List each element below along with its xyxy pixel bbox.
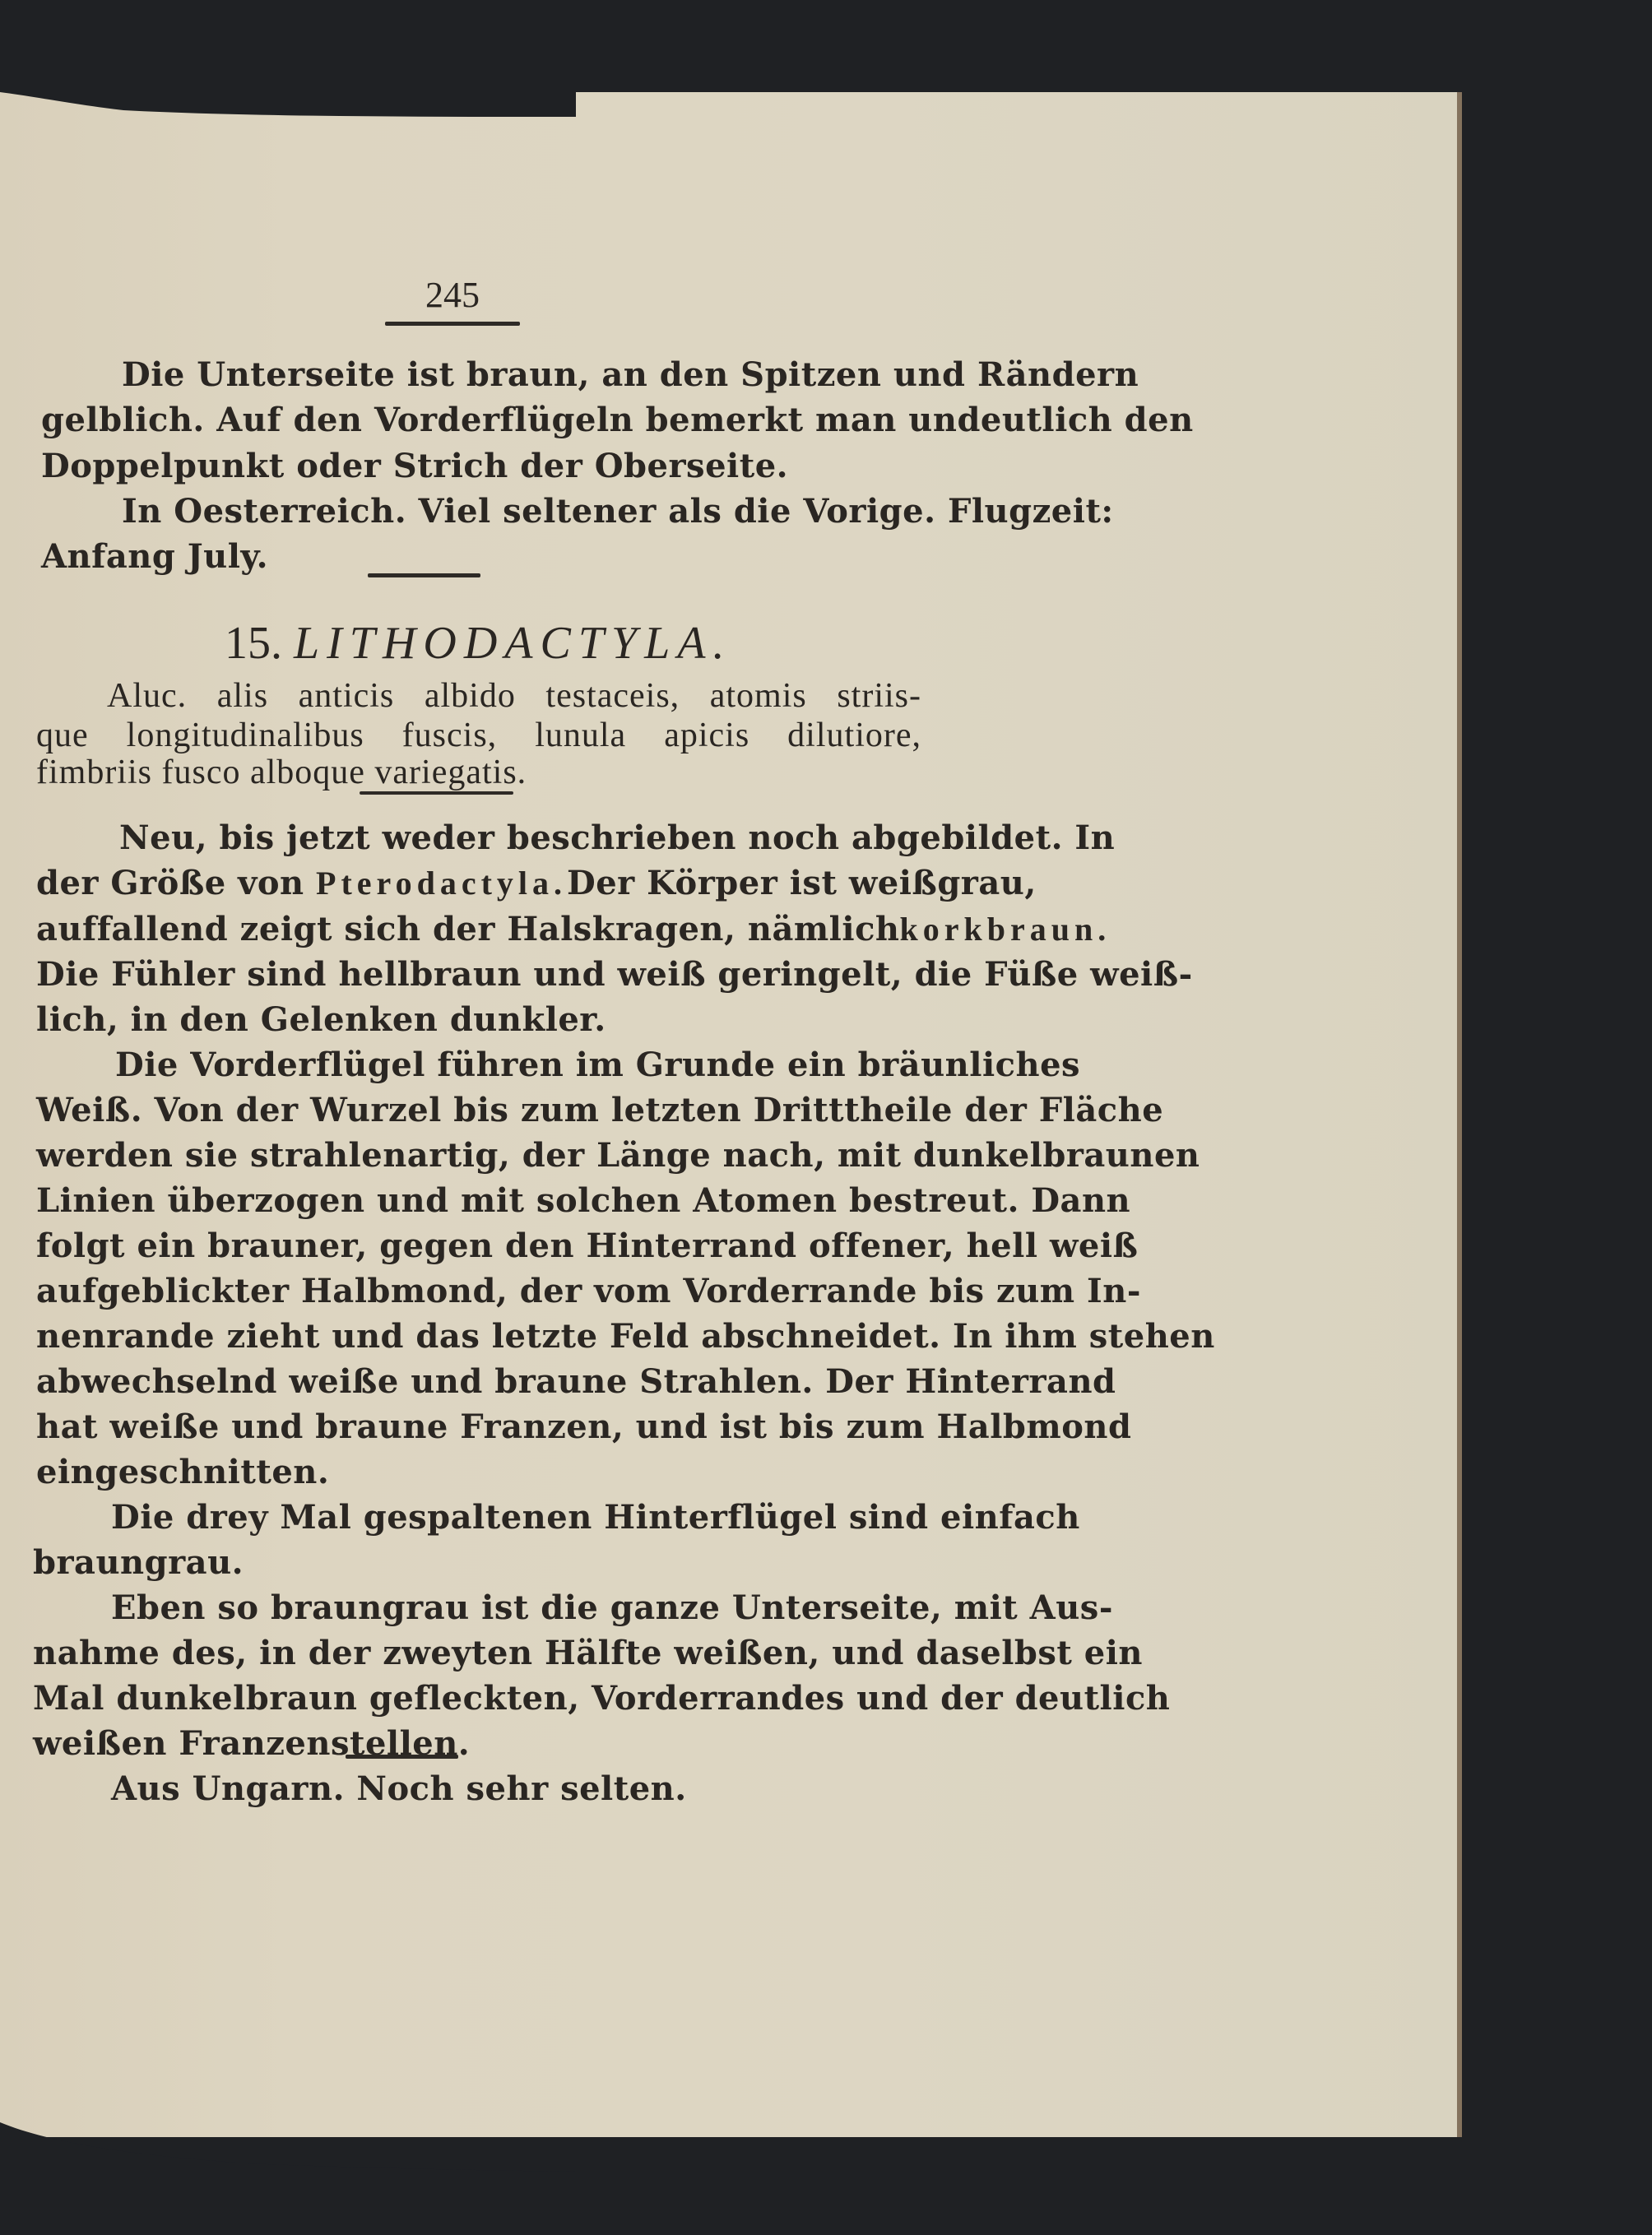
text-line: abwechselnd weiße und braune Strahlen. D…	[36, 1362, 917, 1401]
page-edge	[1457, 92, 1462, 2137]
text-line: gelblich. Auf den Vorderflügeln bemerkt …	[41, 401, 921, 439]
text-line: Weiß. Von der Wurzel bis zum letzten Dri…	[36, 1091, 917, 1129]
text-line: eingeschnitten.	[36, 1453, 329, 1491]
text-line: aufgeblickter Halbmond, der vom Vorderra…	[36, 1272, 917, 1310]
text-line: Doppelpunkt oder Strich der Oberseite.	[41, 447, 788, 485]
text-line: werden sie strahlenartig, der Länge nach…	[36, 1136, 917, 1175]
species-heading: 15. LITHODACTYLA.	[225, 617, 731, 670]
text-line: Die drey Mal gespaltenen Hinterflügel si…	[111, 1498, 917, 1537]
text-line: nenrande zieht und das letzte Feld absch…	[36, 1317, 917, 1356]
text-fragment: auffallend zeigt sich der Halskragen, nä…	[36, 910, 900, 948]
text-line: nahme des, in der zweyten Hälfte weißen,…	[33, 1634, 917, 1672]
section-rule	[360, 791, 513, 795]
text-line: der Größe von Pterodactyla. Der Körper i…	[36, 864, 917, 902]
species-reference: Pterodactyla.	[316, 865, 567, 902]
species-number: 15.	[225, 618, 282, 669]
text-block: 245 Die Unterseite ist braun, an den Spi…	[0, 0, 1457, 2235]
text-line: Mal dunkelbraun gefleckten, Vorderrandes…	[33, 1679, 917, 1718]
diagnosis-line: fimbriis fusco alboque variegatis.	[36, 753, 527, 792]
species-name: LITHODACTYLA.	[294, 618, 731, 669]
header-rule	[385, 322, 520, 326]
text-line: Die Fühler sind hellbraun und weiß gerin…	[36, 955, 917, 994]
text-line: folgt ein brauner, gegen den Hinterrand …	[36, 1226, 917, 1265]
text-line: braungrau.	[33, 1543, 244, 1582]
text-line: Anfang July.	[41, 537, 268, 576]
emphasized-word: korkbraun.	[900, 910, 1111, 948]
text-fragment: Der Körper ist weißgrau,	[567, 864, 1037, 902]
diagnosis-line: Aluc. alis anticis albido testaceis, ato…	[107, 676, 921, 716]
text-line: Die Vorderflügel führen im Grunde ein br…	[115, 1046, 917, 1084]
text-span: der Größe von	[36, 864, 304, 902]
page-number: 245	[420, 274, 485, 316]
final-rule	[346, 1755, 458, 1759]
text-line: hat weiße und braune Franzen, und ist bi…	[36, 1407, 917, 1446]
text-fragment: der Größe von Pterodactyla.	[36, 864, 567, 902]
text-line: Die Unterseite ist braun, an den Spitzen…	[122, 355, 921, 394]
text-line: In Oesterreich. Viel seltener als die Vo…	[122, 492, 921, 531]
diagnosis-line: que longitudinalibus fuscis, lunula apic…	[36, 716, 921, 755]
text-line: Eben so braungrau ist die ganze Untersei…	[111, 1588, 917, 1627]
text-line: Aus Ungarn. Noch sehr selten.	[111, 1769, 687, 1808]
section-rule	[368, 573, 480, 577]
text-line: lich, in den Gelenken dunkler.	[36, 1000, 606, 1039]
text-line: Linien überzogen und mit solchen Atomen …	[36, 1181, 917, 1220]
text-line: Neu, bis jetzt weder beschrieben noch ab…	[119, 818, 917, 857]
text-line: auffallend zeigt sich der Halskragen, nä…	[36, 910, 917, 948]
